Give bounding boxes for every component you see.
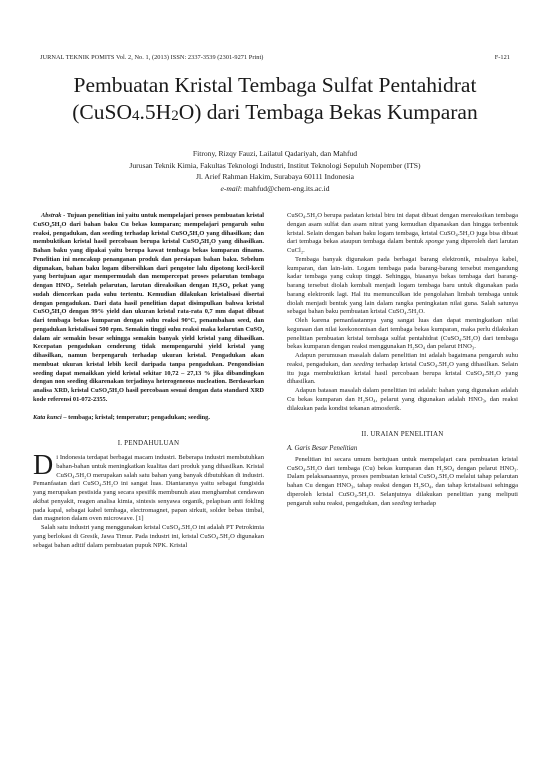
title-text: .5H (140, 100, 172, 124)
text: terhadap (412, 500, 436, 507)
paragraph: CuSO₄.5H₂O berupa padatan kristal biru i… (287, 212, 518, 256)
italic-term: seeding (354, 361, 374, 368)
left-column: Abstrak - Tujuan penelitian ini yaitu un… (33, 212, 264, 550)
title-line-1: Pembuatan Kristal Tembaga Sulfat Pentahi… (0, 72, 550, 99)
subscript: 4 (132, 108, 140, 124)
subsection-heading: A. Garis Besar Penelitian (287, 445, 518, 454)
title-line-2: (CuSO4.5H2O) dari Tembaga Bekas Kumparan (0, 99, 550, 126)
running-header: JURNAL TEKNIK POMITS Vol. 2, No. 1, (201… (40, 54, 510, 61)
paragraph: Adapun perumusan masalah dalam penelitia… (287, 352, 518, 387)
keywords: Kata kunci – tembaga; kristal; temperatu… (33, 414, 264, 423)
italic-term: sponge (425, 238, 444, 245)
right-column: CuSO₄.5H₂O berupa padatan kristal biru i… (287, 212, 518, 508)
drop-cap: D (33, 455, 53, 477)
abstract-label: Abstrak (41, 212, 61, 219)
page-number: F-121 (495, 54, 510, 61)
italic-term: seeding (392, 500, 412, 507)
address: Jl. Arief Rahman Hakim, Surabaya 60111 I… (0, 171, 550, 183)
subscript: 2 (171, 108, 179, 124)
title-text: (CuSO (72, 100, 132, 124)
paragraph: Penelitian ini secara umum bertujuan unt… (287, 456, 518, 509)
abstract-text: - Tujuan penelitian ini yaitu untuk memp… (33, 212, 264, 403)
abstract: Abstrak - Tujuan penelitian ini yaitu un… (33, 212, 264, 405)
author-block: Fitrony, Rizqy Fauzi, Lailatul Qadariyah… (0, 148, 550, 194)
email-line: e-mail: mahfud@chem-eng.its.ac.id (0, 183, 550, 195)
email-address[interactable]: : mahfud@chem-eng.its.ac.id (240, 184, 330, 193)
paragraph: Salah satu industri yang menggunakan kri… (33, 524, 264, 550)
email-label: e-mail (220, 184, 239, 193)
paper-title: Pembuatan Kristal Tembaga Sulfat Pentahi… (0, 72, 550, 126)
paragraph: Adapun batasan masalah dalam penelitian … (287, 387, 518, 413)
title-text: O) dari Tembaga Bekas Kumparan (179, 100, 478, 124)
intro-paragraph: D i Indonesia terdapat berbagai macam in… (33, 454, 264, 524)
section-heading-pendahuluan: I. PENDAHULUAN (33, 439, 264, 448)
affiliation: Jurusan Teknik Kimia, Fakultas Teknologi… (0, 160, 550, 172)
paragraph: Oleh karena pemanfaatannya yang sangat l… (287, 317, 518, 352)
keywords-label: Kata kunci (33, 414, 62, 421)
author-names: Fitrony, Rizqy Fauzi, Lailatul Qadariyah… (0, 148, 550, 160)
paragraph: i Indonesia terdapat berbagai macam indu… (33, 454, 264, 524)
section-heading-uraian: II. URAIAN PENELITIAN (287, 430, 518, 439)
keywords-text: – tembaga; kristal; temperatur; pengaduk… (62, 414, 210, 421)
journal-info: JURNAL TEKNIK POMITS Vol. 2, No. 1, (201… (40, 54, 263, 61)
paragraph: Tembaga banyak digunakan pada berbagai b… (287, 256, 518, 317)
